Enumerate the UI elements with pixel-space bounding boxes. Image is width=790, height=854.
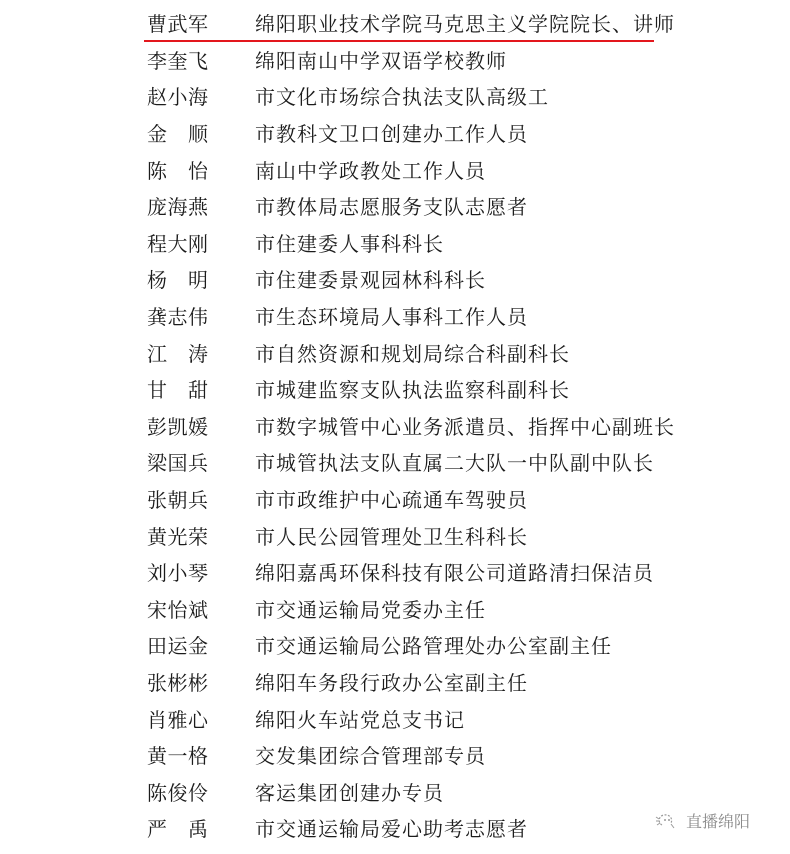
list-item: 江 涛市自然资源和规划局综合科副科长: [147, 335, 767, 372]
person-name: 黄一格: [147, 746, 255, 766]
person-title: 市交通运输局公路管理处办公室副主任: [255, 636, 612, 656]
person-name: 江 涛: [147, 344, 255, 364]
person-title: 市城管执法支队直属二大队一中队副中队长: [255, 453, 654, 473]
list-item: 梁国兵市城管执法支队直属二大队一中队副中队长: [147, 445, 767, 482]
person-name: 梁国兵: [147, 453, 255, 473]
person-name: 杨 明: [147, 270, 255, 290]
person-name: 宋怡斌: [147, 600, 255, 620]
list-item: 曹武军绵阳职业技术学院马克思主义学院院长、讲师: [147, 6, 767, 43]
list-item: 赵小海市文化市场综合执法支队高级工: [147, 79, 767, 116]
person-title: 绵阳车务段行政办公室副主任: [255, 673, 528, 693]
list-item: 龚志伟市生态环境局人事科工作人员: [147, 299, 767, 336]
person-title: 市自然资源和规划局综合科副科长: [255, 344, 570, 364]
watermark-label: 直播绵阳: [686, 809, 750, 832]
person-name: 程大刚: [147, 234, 255, 254]
person-name: 甘 甜: [147, 380, 255, 400]
person-title: 市数字城管中心业务派遣员、指挥中心副班长: [255, 417, 675, 437]
person-title: 市市政维护中心疏通车驾驶员: [255, 490, 528, 510]
person-title: 市教体局志愿服务支队志愿者: [255, 197, 528, 217]
person-title: 市住建委景观园林科科长: [255, 270, 486, 290]
person-title: 市交通运输局爱心助考志愿者: [255, 819, 528, 839]
list-item: 陈俊伶客运集团创建办专员: [147, 774, 767, 811]
list-item: 甘 甜市城建监察支队执法监察科副科长: [147, 372, 767, 409]
person-name: 张朝兵: [147, 490, 255, 510]
person-name: 彭凯媛: [147, 417, 255, 437]
person-name: 陈 怡: [147, 161, 255, 181]
person-title: 市人民公园管理处卫生科科长: [255, 527, 528, 547]
person-name: 陈俊伶: [147, 783, 255, 803]
person-name: 张彬彬: [147, 673, 255, 693]
list-item: 宋怡斌市交通运输局党委办主任: [147, 592, 767, 629]
person-title: 市住建委人事科科长: [255, 234, 444, 254]
person-name: 金 顺: [147, 124, 255, 144]
person-name: 赵小海: [147, 87, 255, 107]
list-item: 田运金市交通运输局公路管理处办公室副主任: [147, 628, 767, 665]
person-title: 绵阳职业技术学院马克思主义学院院长、讲师: [255, 14, 675, 34]
source-watermark: 直播绵阳: [654, 809, 750, 832]
list-item: 黄光荣市人民公园管理处卫生科科长: [147, 518, 767, 555]
person-name: 庞海燕: [147, 197, 255, 217]
wechat-official-account-icon: [654, 811, 680, 831]
person-title: 客运集团创建办专员: [255, 783, 444, 803]
person-name: 刘小琴: [147, 563, 255, 583]
person-title: 市交通运输局党委办主任: [255, 600, 486, 620]
list-item: 黄一格交发集团综合管理部专员: [147, 738, 767, 775]
person-name: 严 禹: [147, 819, 255, 839]
list-item: 李奎飞绵阳南山中学双语学校教师: [147, 43, 767, 80]
person-title: 市生态环境局人事科工作人员: [255, 307, 528, 327]
list-item: 金 顺市教科文卫口创建办工作人员: [147, 116, 767, 153]
person-title: 绵阳火车站党总支书记: [255, 710, 465, 730]
person-name: 曹武军: [147, 14, 255, 34]
person-name: 李奎飞: [147, 51, 255, 71]
person-title: 市文化市场综合执法支队高级工: [255, 87, 549, 107]
list-item: 张朝兵市市政维护中心疏通车驾驶员: [147, 482, 767, 519]
person-name: 田运金: [147, 636, 255, 656]
list-item: 庞海燕市教体局志愿服务支队志愿者: [147, 189, 767, 226]
list-item: 张彬彬绵阳车务段行政办公室副主任: [147, 665, 767, 702]
list-item: 杨 明市住建委景观园林科科长: [147, 262, 767, 299]
person-name: 黄光荣: [147, 527, 255, 547]
person-title: 交发集团综合管理部专员: [255, 746, 486, 766]
person-name: 龚志伟: [147, 307, 255, 327]
person-title: 南山中学政教处工作人员: [255, 161, 486, 181]
person-name: 肖雅心: [147, 710, 255, 730]
honoree-list: 曹武军绵阳职业技术学院马克思主义学院院长、讲师 李奎飞绵阳南山中学双语学校教师 …: [147, 6, 767, 848]
list-item: 刘小琴绵阳嘉禹环保科技有限公司道路清扫保洁员: [147, 555, 767, 592]
highlight-underline: [144, 40, 654, 42]
list-item: 彭凯媛市数字城管中心业务派遣员、指挥中心副班长: [147, 409, 767, 446]
person-title: 市城建监察支队执法监察科副科长: [255, 380, 570, 400]
list-item: 肖雅心绵阳火车站党总支书记: [147, 701, 767, 738]
person-title: 绵阳南山中学双语学校教师: [255, 51, 507, 71]
person-title: 市教科文卫口创建办工作人员: [255, 124, 528, 144]
person-title: 绵阳嘉禹环保科技有限公司道路清扫保洁员: [255, 563, 654, 583]
list-item: 程大刚市住建委人事科科长: [147, 226, 767, 263]
list-item: 陈 怡南山中学政教处工作人员: [147, 152, 767, 189]
